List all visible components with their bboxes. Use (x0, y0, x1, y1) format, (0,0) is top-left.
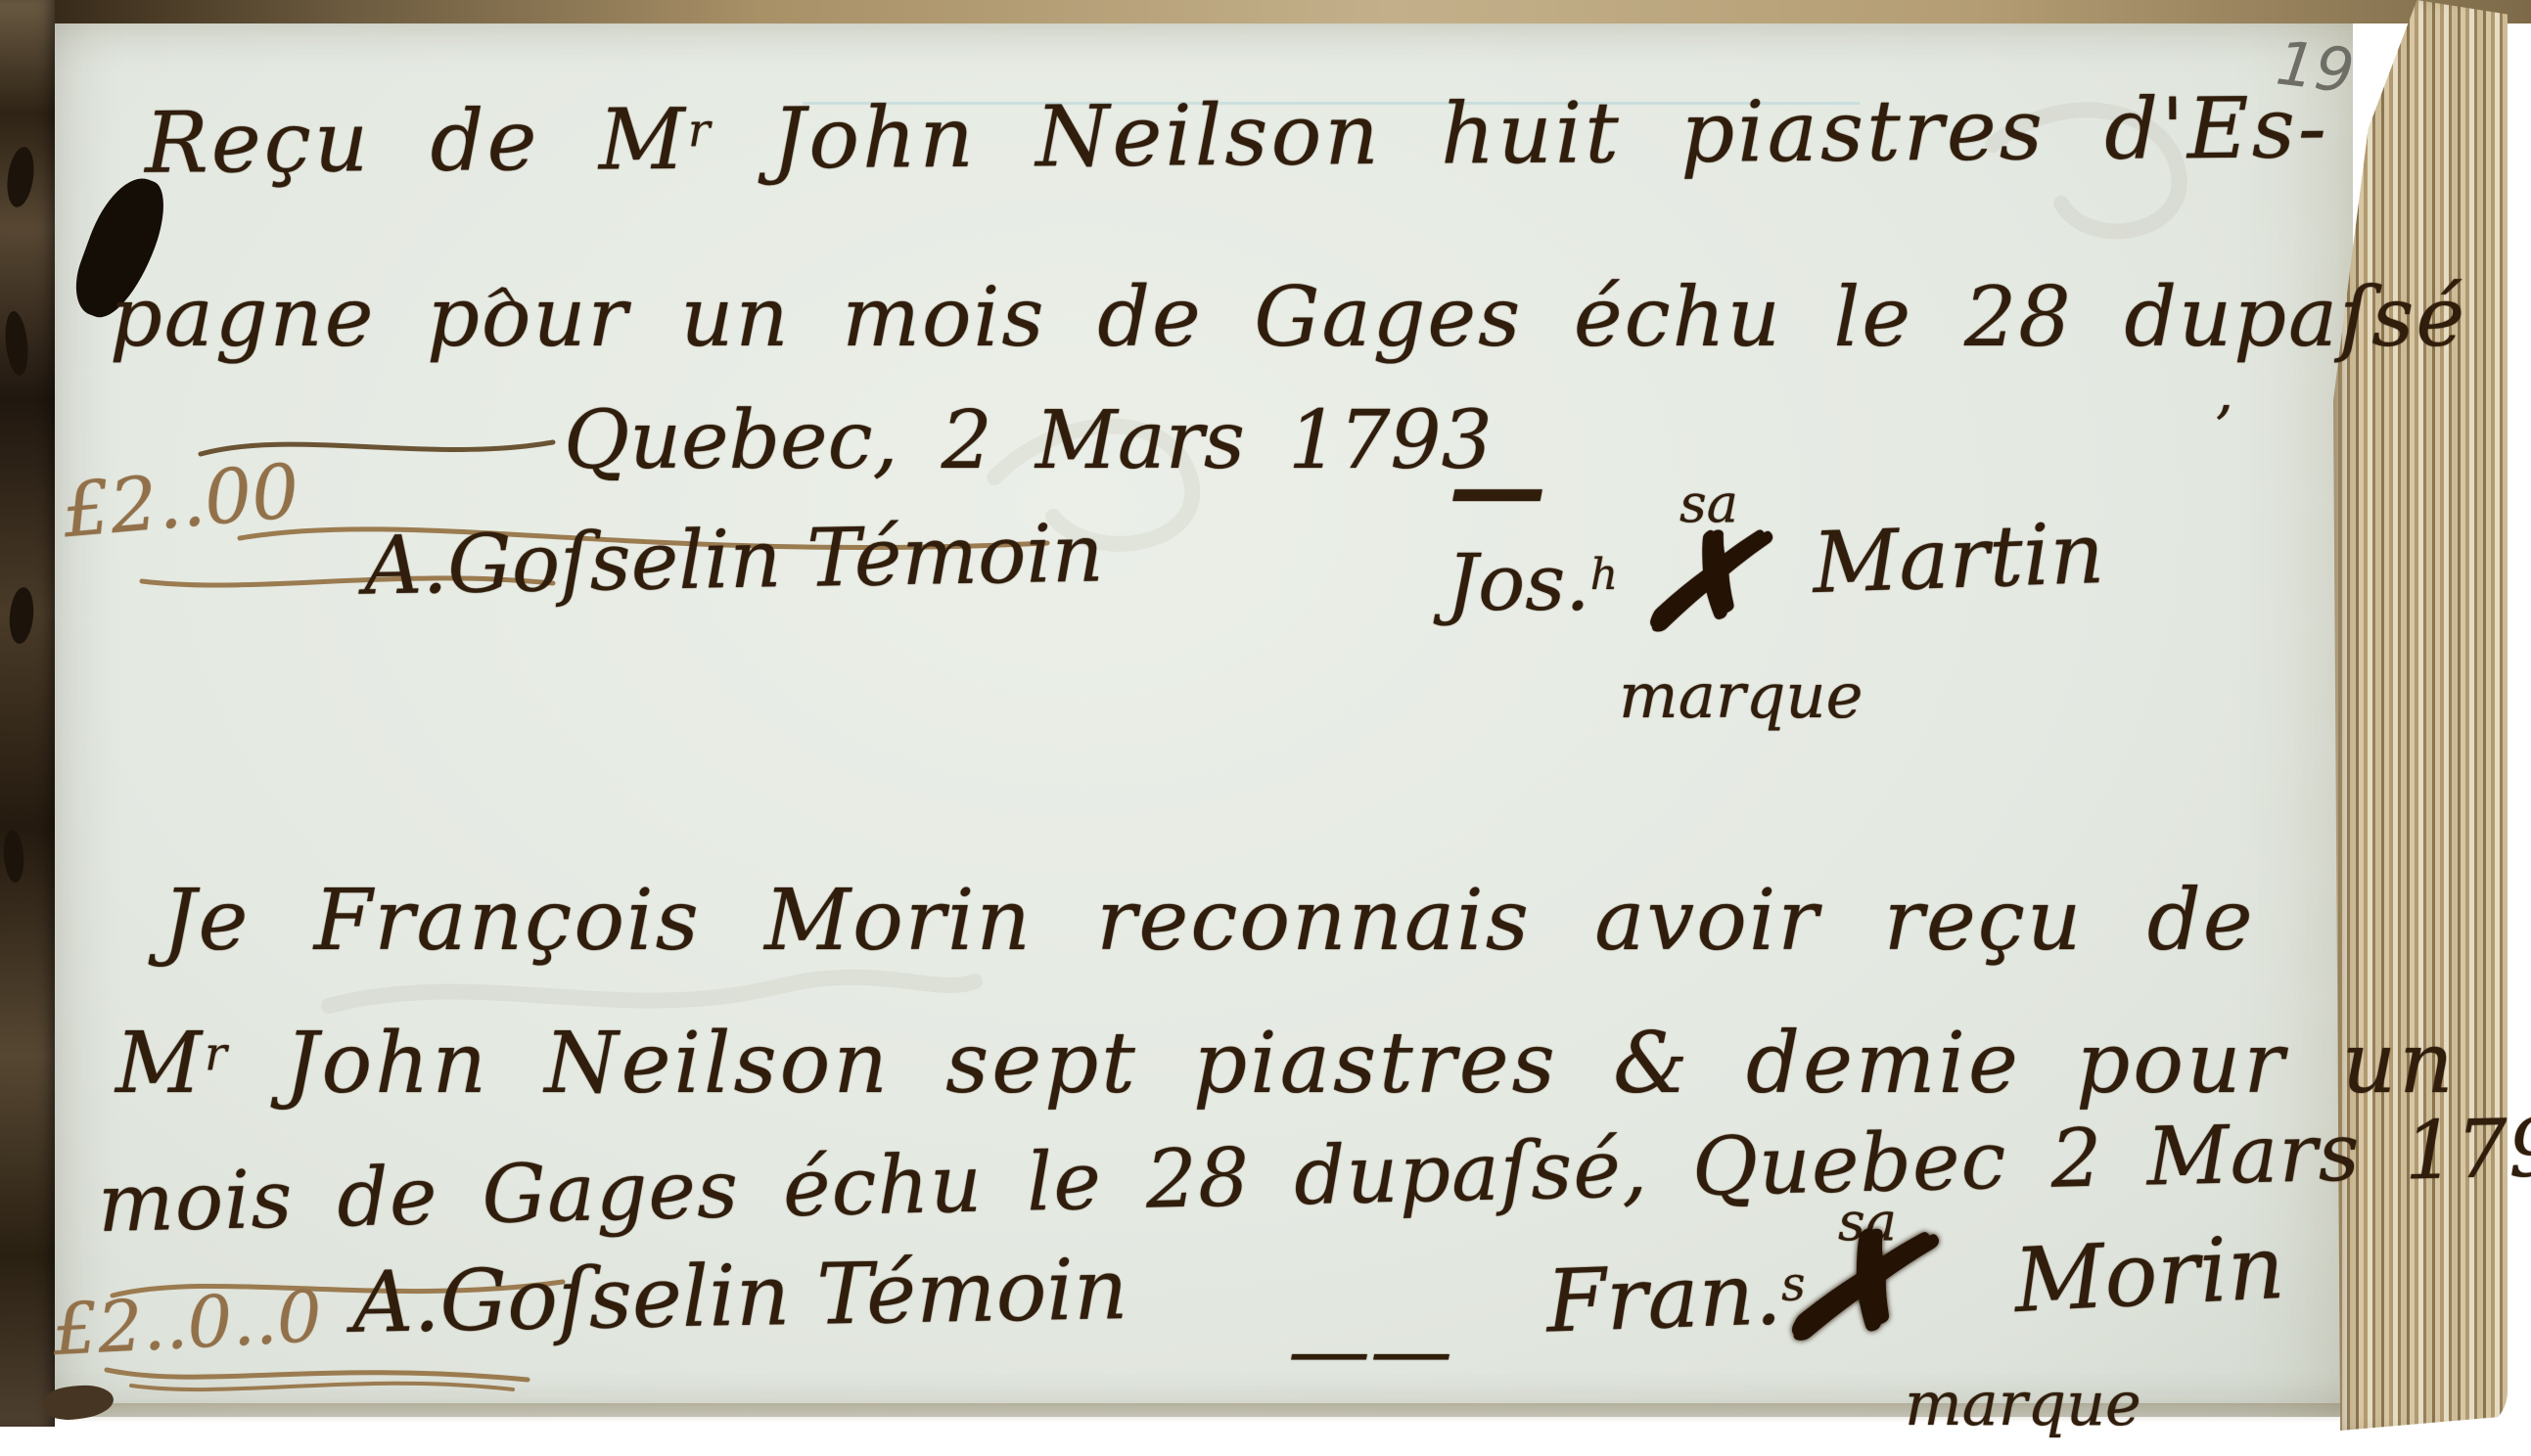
receipt1-line1-superscript: r (688, 104, 713, 158)
receipt1-signer-forename-superscript: h (1590, 550, 1618, 600)
receipt2-signature-x-mark: ✗ (1768, 1193, 1934, 1381)
receipt2-witness-dash: —— (1288, 1309, 1452, 1391)
receipt2-line2-rest: John Neilson sept piastres & demie pour … (230, 1015, 2457, 1113)
receipt1-dateline-dash: — (1449, 438, 1546, 536)
receipt1-stray-apostrophe: ’ (2214, 399, 2232, 458)
receipt2-line2: Mr John Neilson sept piastres & demie po… (115, 1022, 2457, 1106)
receipt2-line2-text: M (115, 1015, 205, 1113)
book-spine-binding (0, 0, 55, 1427)
receipt2-line2-superscript: r (205, 1027, 230, 1081)
receipt1-line1-rest: John Neilson huit piastres d'Es- (713, 79, 2329, 189)
receipt1-line1: Reçu de Mr John Neilson huit piastres d'… (145, 86, 2329, 186)
receipt1-signer-forename: Jos.h (1447, 544, 1618, 622)
flourish-path (131, 1384, 513, 1389)
receipt1-line1-text: Reçu de M (145, 91, 689, 193)
receipt1-witness-signature: A.Goſselin Témoin (363, 514, 1104, 607)
manuscript-photo: 19 Reçu de Mr John Neilson huit piastres… (0, 0, 2531, 1456)
receipt2-witness-signature: A.Goſselin Témoin (351, 1248, 1128, 1345)
receipt2-line1: Je François Morin reconnais avoir reçu d… (162, 879, 2255, 963)
receipt1-marque-caption: marque (1619, 665, 1864, 728)
receipt2-signer-forename-text: Fran. (1544, 1243, 1783, 1351)
book-fore-edge-pages (2333, 0, 2508, 1431)
receipt1-signer-forename-text: Jos. (1447, 537, 1590, 628)
receipt1-margin-amount: £2..00 (60, 454, 301, 549)
receipt2-signer-surname: Morin (2012, 1224, 2286, 1326)
receipt2-margin-amount: £2..0..0 (51, 1281, 323, 1365)
receipt1-line2: pagne pour un mois de Gages échu le 28 d… (110, 276, 2466, 358)
book-top-page-edges (0, 0, 2531, 23)
receipt2-signer-forename: Fran.s (1545, 1250, 1808, 1344)
receipt1-dateline: Quebec, 2 Mars 1793 (564, 401, 1493, 481)
receipt2-marque-caption: marque (1905, 1374, 2141, 1434)
receipt1-signature-x-mark: ✗ (1632, 503, 1768, 660)
receipt1-signer-surname: Martin (1812, 512, 2106, 606)
ghost-squiggle (329, 978, 975, 1006)
flourish-path (107, 1370, 528, 1380)
